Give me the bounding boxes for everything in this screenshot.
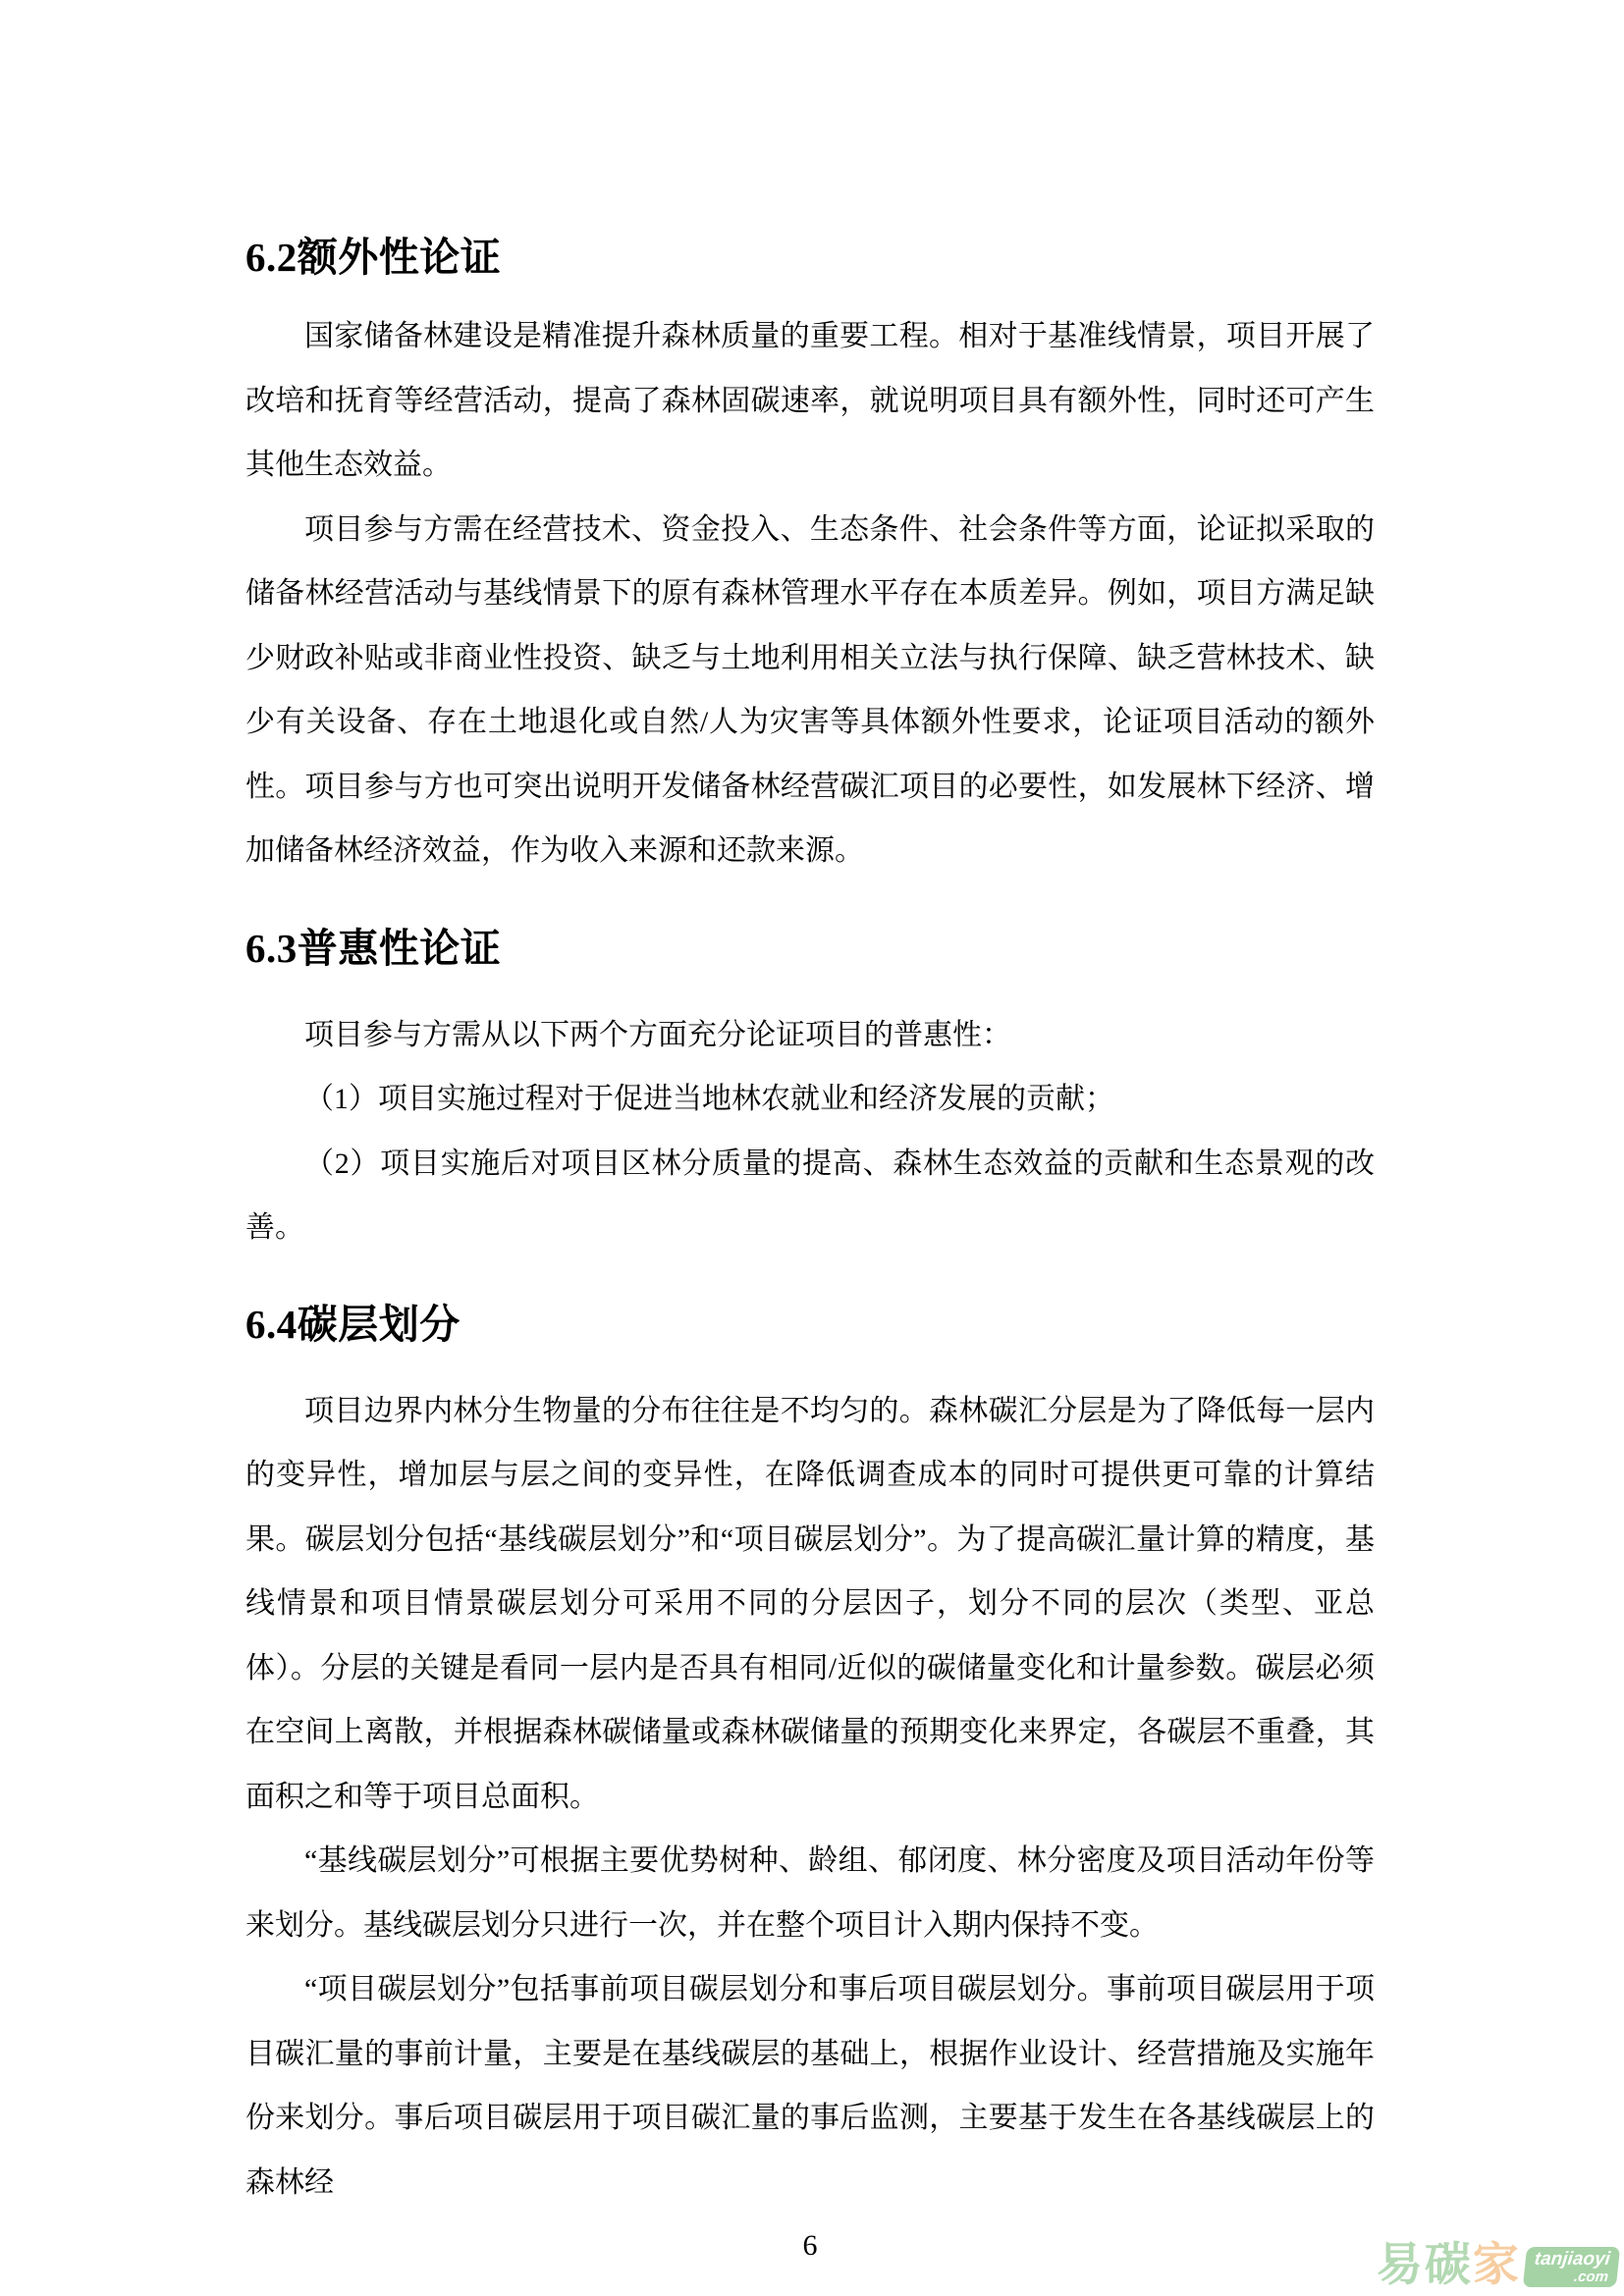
paragraph-6-3-1: 项目参与方需从以下两个方面充分论证项目的普惠性： [245,1003,1375,1068]
yitanjia-watermark-logo: 易 碳 家 tanjiaoyi .com [1377,2241,1618,2287]
watermark-tld-text: .com [1573,2269,1609,2284]
paragraph-6-2-2: 项目参与方需在经营技术、资金投入、生态条件、社会条件等方面，论证拟采取的储备林经… [245,498,1375,883]
section-heading-6-3: 6.3普惠性论证 [245,923,1375,974]
paragraph-6-4-2: “基线碳层划分”可根据主要优势树种、龄组、郁闭度、林分密度及项目活动年份等来划分… [245,1829,1375,1957]
section-heading-6-4: 6.4碳层划分 [245,1299,1375,1350]
watermark-char-tan: 碳 [1425,2241,1471,2287]
list-item-6-3-1: （1）项目实施过程对于促进当地林农就业和经济发展的贡献； [245,1067,1375,1132]
document-page: 6.2额外性论证 国家储备林建设是精准提升森林质量的重要工程。相对于基准线情景，… [0,0,1624,2296]
watermark-char-jia: 家 [1473,2241,1519,2287]
paragraph-6-4-3: “项目碳层划分”包括事前项目碳层划分和事后项目碳层划分。事前项目碳层用于项目碳汇… [245,1957,1375,2215]
watermark-domain-badge: tanjiaoyi .com [1523,2247,1620,2287]
paragraph-6-4-1: 项目边界内林分生物量的分布往往是不均匀的。森林碳汇分层是为了降低每一层内的变异性… [245,1379,1375,1830]
paragraph-6-2-1: 国家储备林建设是精准提升森林质量的重要工程。相对于基准线情景，项目开展了改培和抚… [245,304,1375,498]
list-item-6-3-2: （2）项目实施后对项目区林分质量的提高、森林生态效益的贡献和生态景观的改善。 [245,1132,1375,1260]
watermark-domain-text: tanjiaoyi [1534,2250,1611,2269]
page-content: 6.2额外性论证 国家储备林建设是精准提升森林质量的重要工程。相对于基准线情景，… [245,0,1375,2266]
watermark-char-yi: 易 [1377,2241,1423,2287]
section-heading-6-2: 6.2额外性论证 [245,232,1375,283]
page-number: 6 [245,2226,1375,2266]
